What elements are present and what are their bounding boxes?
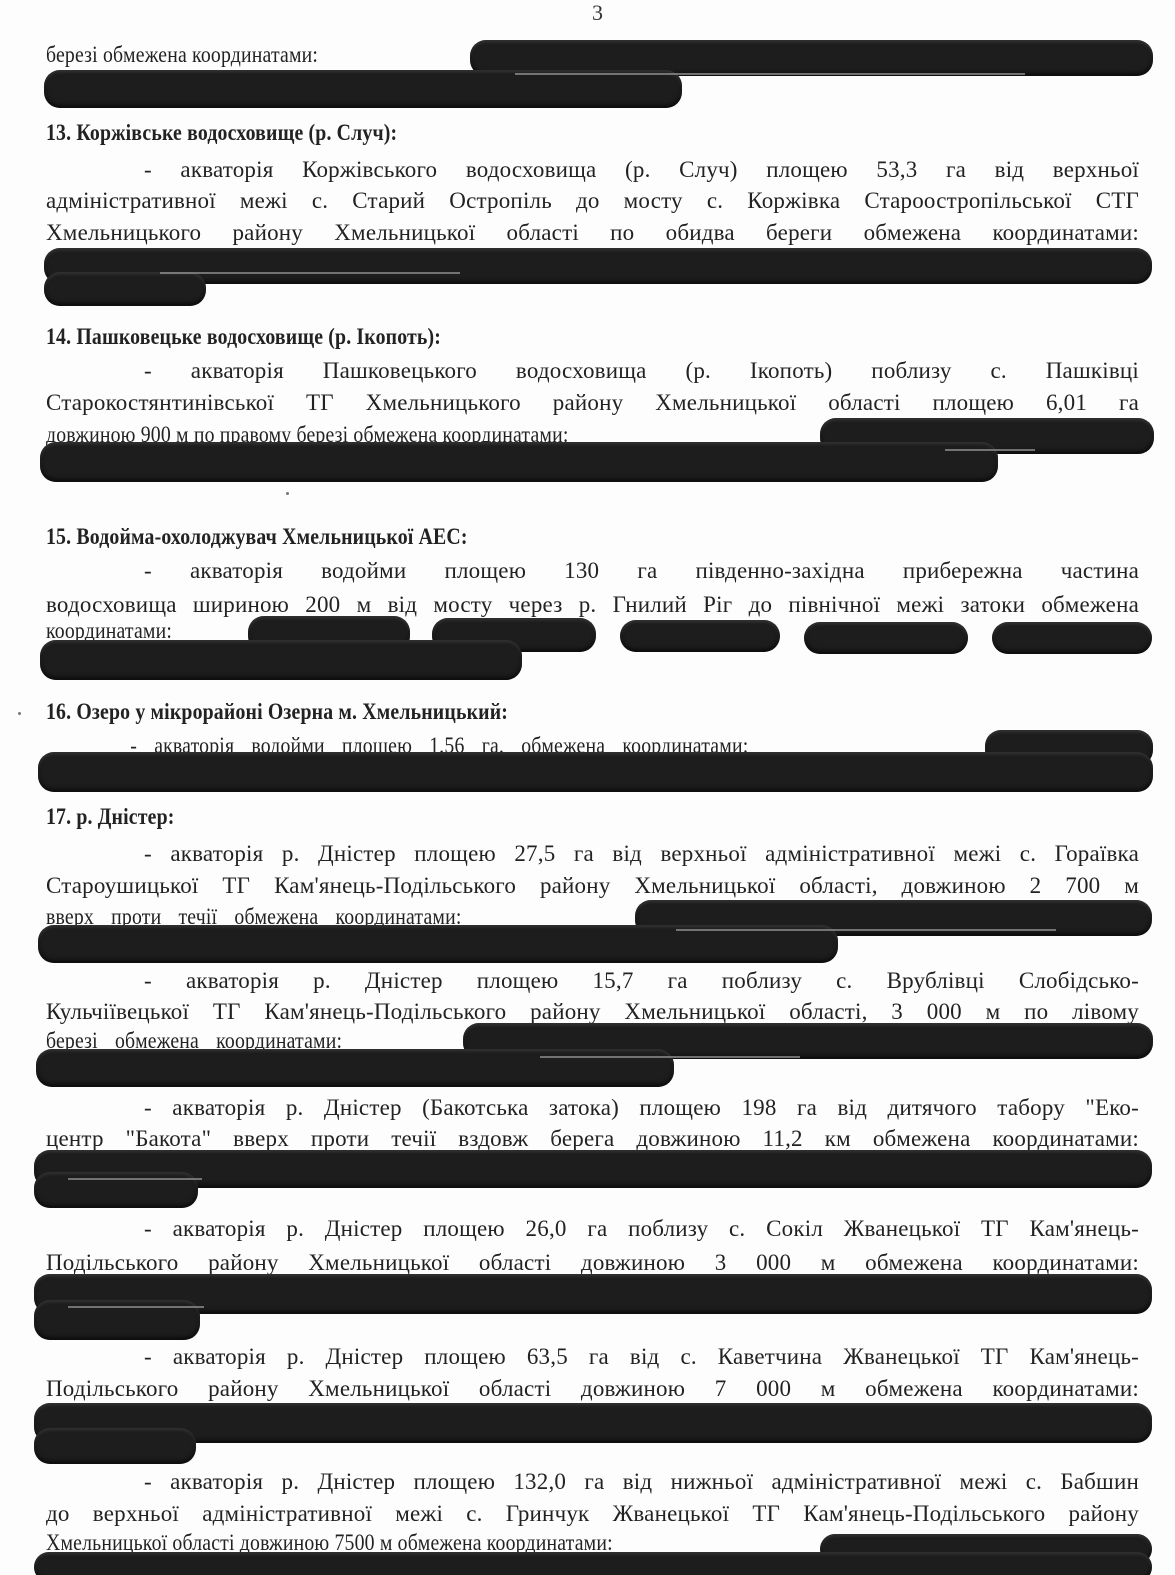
section-13-line: Хмельницького району Хмельницької област… (46, 218, 1139, 248)
scan-artifact (68, 1178, 202, 1180)
section-16-title: 16. Озеро у мікрорайоні Озерна м. Хмельн… (46, 697, 986, 727)
redaction-bar (804, 622, 968, 654)
redaction-bar (34, 1552, 1152, 1575)
section-14-line: Старокостянтинівської ТГ Хмельницького р… (46, 388, 1139, 418)
redaction-bar (44, 272, 206, 306)
scan-artifact (676, 929, 1056, 931)
section-13-line: - акваторія Коржівського водосховища (р.… (46, 155, 1139, 185)
scan-artifact (286, 492, 289, 495)
section-13-line: адміністративної межі с. Старий Остропіл… (46, 186, 1139, 216)
scan-artifact (515, 73, 1025, 75)
redaction-bar (34, 1150, 1152, 1188)
section-17-line: - акваторія р. Дністер площею 26,0 га по… (46, 1214, 1139, 1244)
page-number: 3 (592, 0, 603, 26)
redaction-bar (620, 620, 780, 652)
redaction-bar (992, 622, 1152, 654)
redaction-bar (36, 1049, 674, 1087)
redaction-bar (38, 752, 1153, 792)
section-15-line: - акваторія водойми площею 130 га півден… (46, 556, 1139, 586)
scan-artifact (160, 272, 460, 274)
redaction-bar (40, 640, 522, 680)
redaction-bar (44, 70, 682, 108)
redaction-bar (34, 1428, 196, 1464)
section-15-title: 15. Водойма-охолоджувач Хмельницької АЕС… (46, 522, 986, 552)
section-17-line: - акваторія р. Дністер площею 132,0 га в… (46, 1467, 1139, 1497)
scan-artifact (18, 712, 21, 715)
section-17-title: 17. р. Дністер: (46, 802, 986, 832)
section-17-line: - акваторія р. Дністер (Бакотська затока… (46, 1093, 1139, 1123)
scan-artifact (945, 449, 1035, 451)
scan-artifact (68, 1306, 204, 1308)
scan-artifact (540, 1056, 800, 1058)
section-13-title: 13. Коржівське водосховище (р. Случ): (46, 118, 986, 148)
section-17-line: - акваторія р. Дністер площею 15,7 га по… (46, 966, 1139, 996)
section-17-line: Подільського району Хмельницької області… (46, 1374, 1139, 1404)
redaction-bar (40, 442, 998, 482)
section-17-line: Староушицької ТГ Кам'янець-Подільського … (46, 871, 1139, 901)
section-17-line: до верхньої адміністративної межі с. Гри… (46, 1499, 1139, 1529)
section-17-line: - акваторія р. Дністер площею 27,5 га ві… (46, 839, 1139, 869)
redaction-bar (44, 248, 1152, 284)
redaction-bar (34, 1403, 1152, 1443)
redaction-bar (34, 1274, 1152, 1314)
section-17-line: - акваторія р. Дністер площею 63,5 га ві… (46, 1342, 1139, 1372)
section-14-title: 14. Пашковецьке водосховище (р. Ікопоть)… (46, 322, 986, 352)
section-14-line: - акваторія Пашковецького водосховища (р… (46, 356, 1139, 386)
